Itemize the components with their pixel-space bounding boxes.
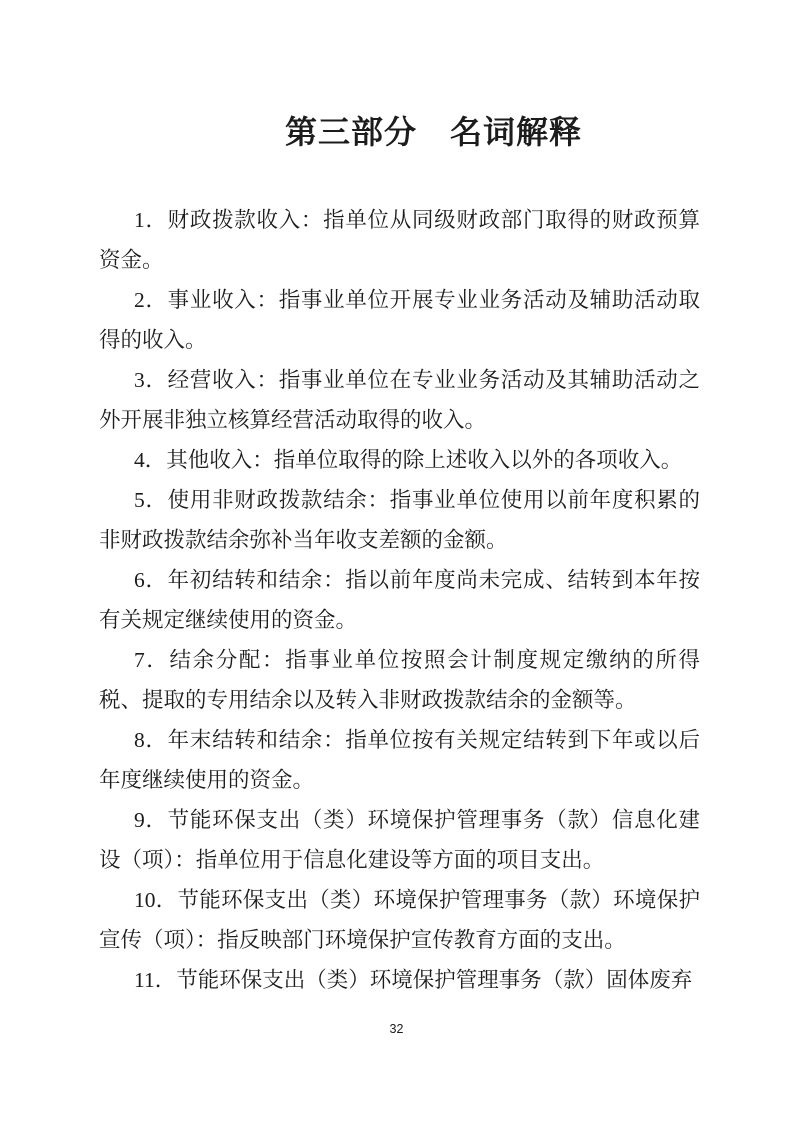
glossary-item-4: 4．其他收入：指单位取得的除上述收入以外的各项收入。: [99, 440, 700, 480]
glossary-item-9: 9．节能环保支出（类）环境保护管理事务（款）信息化建设（项）：指单位用于信息化建…: [99, 800, 700, 880]
glossary-item-5: 5．使用非财政拨款结余：指事业单位使用以前年度积累的非财政拨款结余弥补当年收支差…: [99, 480, 700, 560]
glossary-item-3: 3．经营收入：指事业单位在专业业务活动及其辅助活动之外开展非独立核算经营活动取得…: [99, 360, 700, 440]
glossary-item-6: 6．年初结转和结余：指以前年度尚未完成、结转到本年按有关规定继续使用的资金。: [99, 560, 700, 640]
glossary-item-2: 2．事业收入：指事业单位开展专业业务活动及辅助活动取得的收入。: [99, 280, 700, 360]
glossary-item-11: 11．节能环保支出（类）环境保护管理事务（款）固体废弃: [99, 960, 700, 1000]
page-number: 32: [0, 1021, 793, 1037]
section-title: 第三部分 名词解释: [285, 112, 582, 152]
glossary-body: 1．财政拨款收入：指单位从同级财政部门取得的财政预算资金。 2．事业收入：指事业…: [99, 200, 700, 1000]
document-page: 第三部分 名词解释 1．财政拨款收入：指单位从同级财政部门取得的财政预算资金。 …: [0, 0, 793, 1122]
glossary-item-1: 1．财政拨款收入：指单位从同级财政部门取得的财政预算资金。: [99, 200, 700, 280]
glossary-item-8: 8．年末结转和结余：指单位按有关规定结转到下年或以后年度继续使用的资金。: [99, 720, 700, 800]
glossary-item-10: 10．节能环保支出（类）环境保护管理事务（款）环境保护宣传（项）：指反映部门环境…: [99, 880, 700, 960]
glossary-item-7: 7．结余分配：指事业单位按照会计制度规定缴纳的所得税、提取的专用结余以及转入非财…: [99, 640, 700, 720]
